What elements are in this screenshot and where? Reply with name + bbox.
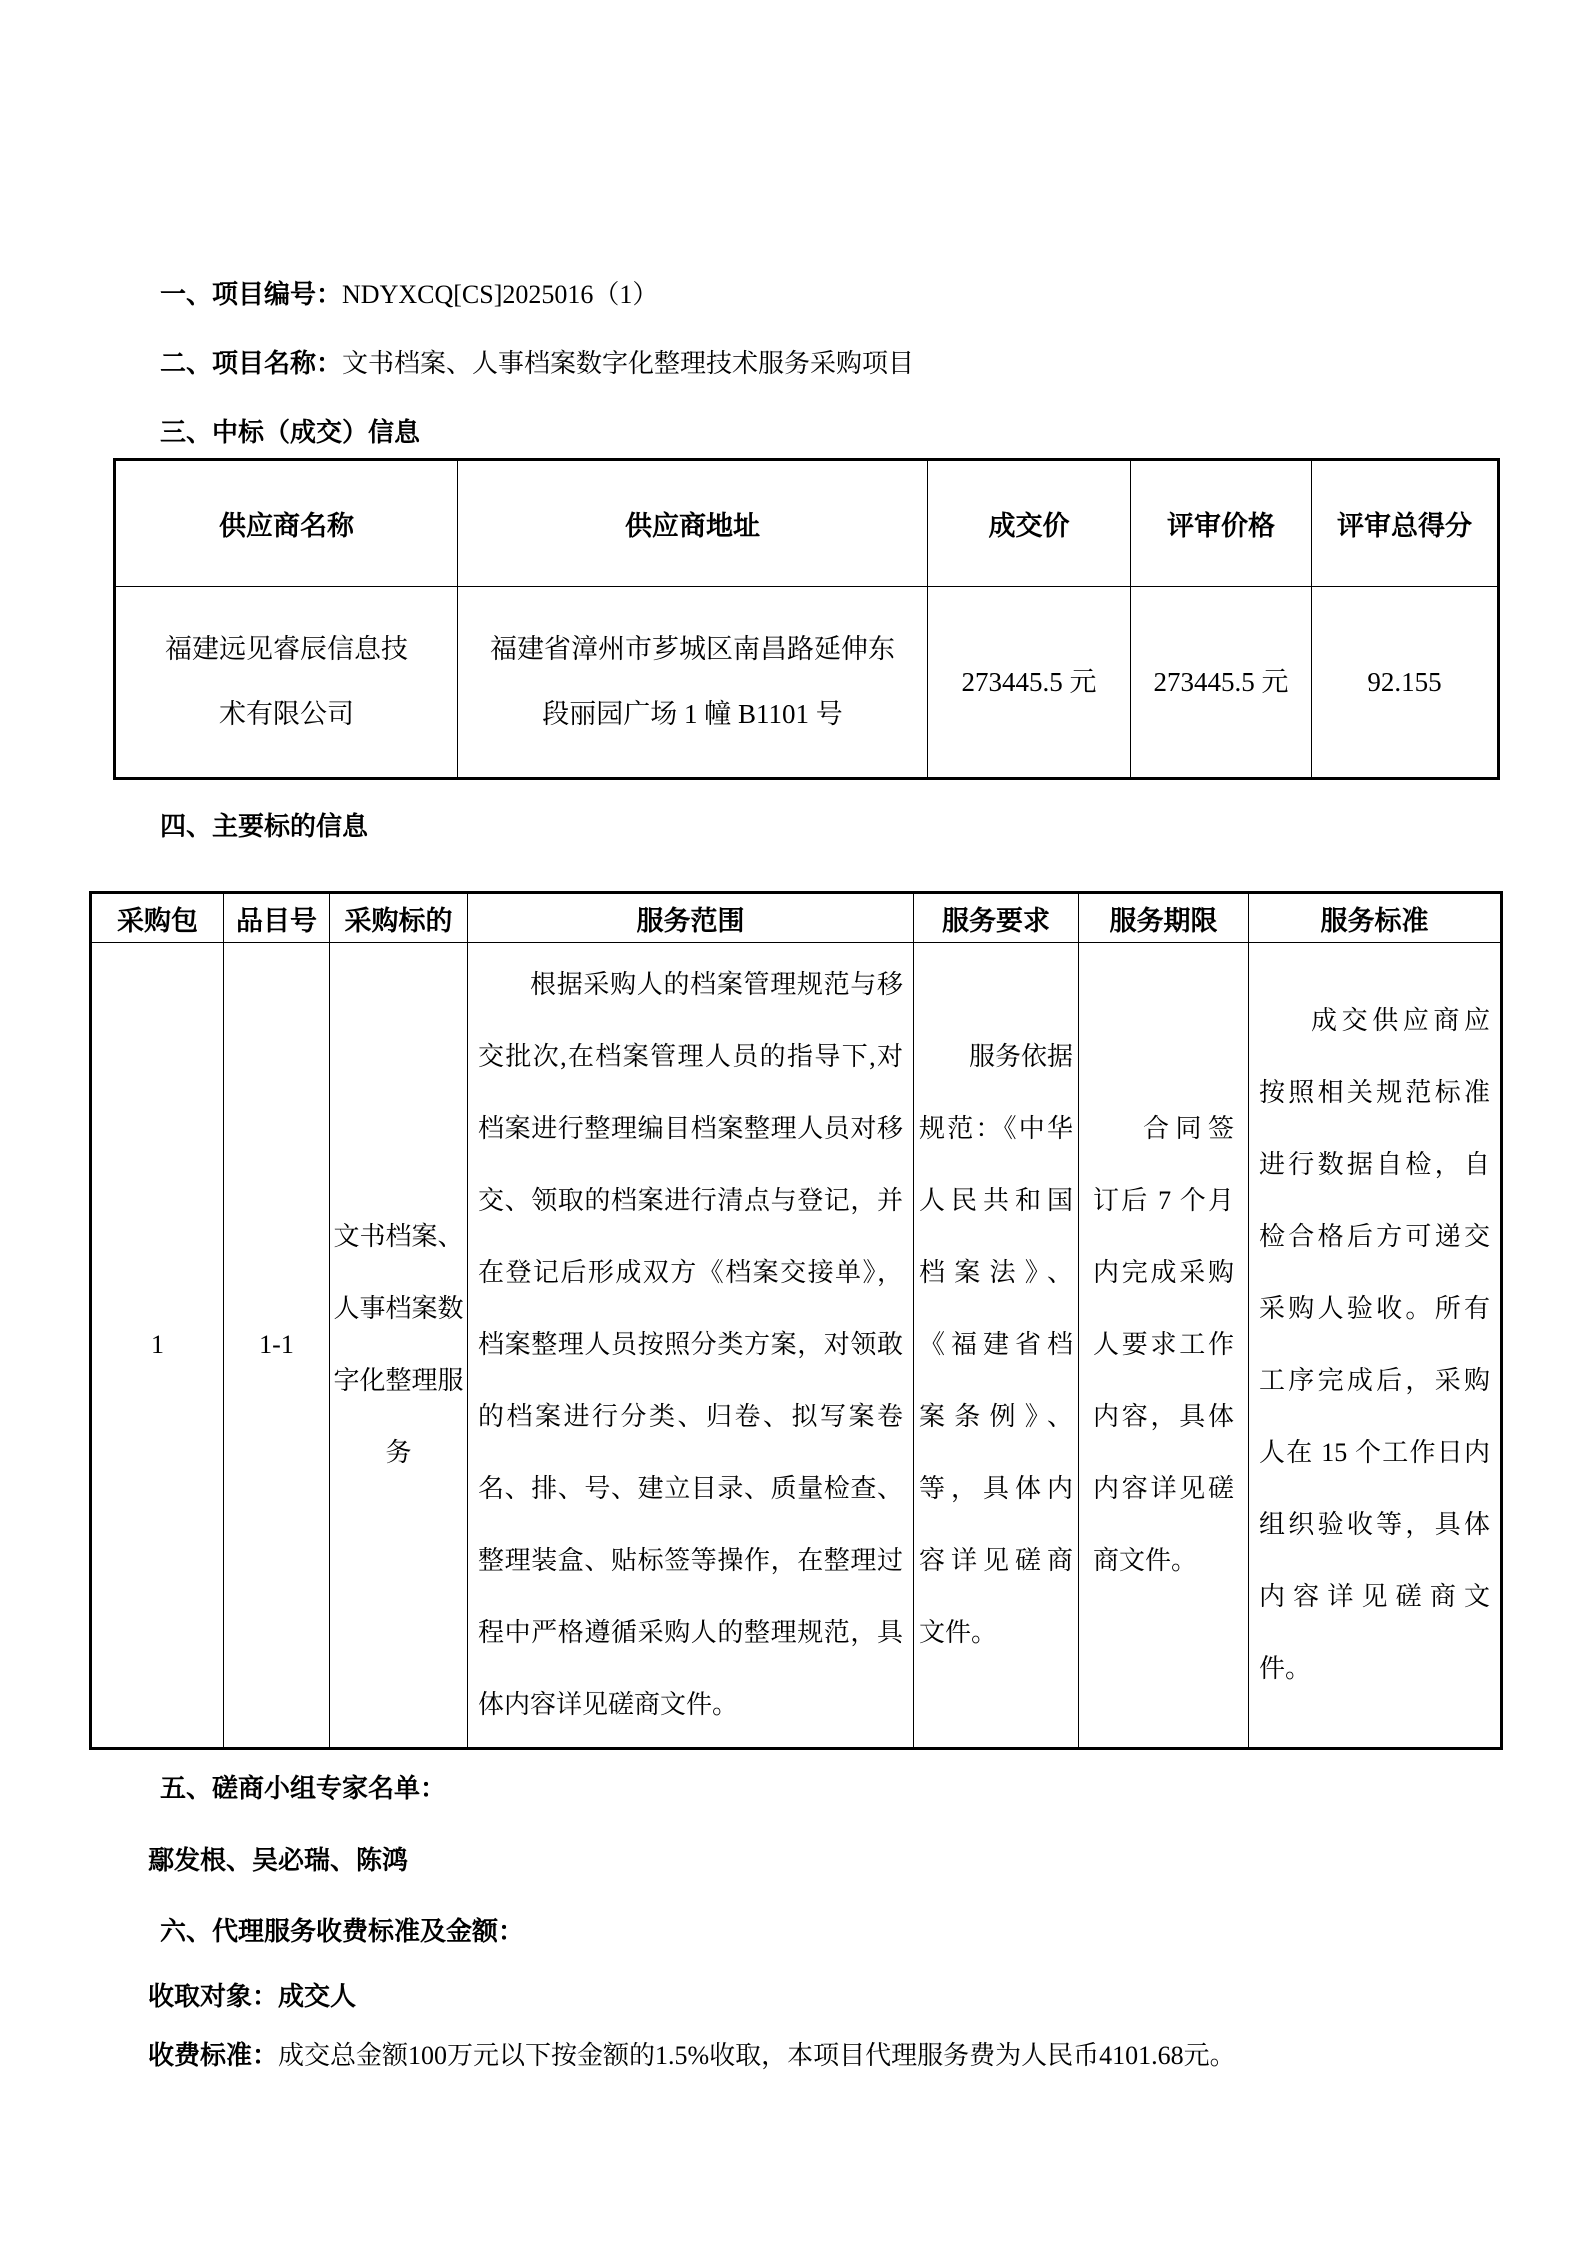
document-page: 一、项目编号：NDYXCQ[CS]2025016（1） 二、项目名称：文书档案、… — [0, 0, 1587, 2245]
subject-col-requirements: 服务要求 — [914, 893, 1079, 943]
document-content: 一、项目编号：NDYXCQ[CS]2025016（1） 二、项目名称：文书档案、… — [0, 0, 1587, 2072]
section-award-title: 三、中标（成交）信息 — [113, 416, 1502, 449]
section-project-name: 二、项目名称：文书档案、人事档案数字化整理技术服务采购项目 — [113, 347, 1502, 380]
service-period-cell: 合同签订后 7 个月内完成采购人要求工作内容，具体内容详见磋商文件。 — [1079, 943, 1249, 1749]
subject-col-scope: 服务范围 — [468, 893, 914, 943]
award-table-header-row: 供应商名称 供应商地址 成交价 评审价格 评审总得分 — [115, 460, 1499, 587]
subject-col-period: 服务期限 — [1079, 893, 1249, 943]
project-number-label: 一、项目编号： — [113, 280, 342, 309]
project-name-value: 文书档案、人事档案数字化整理技术服务采购项目 — [342, 349, 914, 378]
service-requirements-cell: 服务依据规范：《中华人民共和国档案法》、《福建省档案条例》、等，具体内容详见磋商… — [914, 943, 1079, 1749]
service-standard-cell: 成交供应商应按照相关规范标准进行数据自检，自检合格后方可递交采购人验收。所有工序… — [1249, 943, 1502, 1749]
award-col-review-score: 评审总得分 — [1312, 460, 1499, 587]
subject-col-item-no: 品目号 — [224, 893, 330, 943]
fee-target-line: 收取对象：成交人 — [113, 1980, 1502, 2013]
section-agency-fee-title: 六、代理服务收费标准及金额： — [113, 1915, 1502, 1948]
supplier-name-cell: 福建远见睿辰信息技术有限公司 — [115, 587, 458, 779]
section-subject-title: 四、主要标的信息 — [113, 810, 1502, 843]
review-score-cell: 92.155 — [1312, 587, 1499, 779]
subject-col-subject: 采购标的 — [330, 893, 468, 943]
award-table-data-row: 福建远见睿辰信息技术有限公司 福建省漳州市芗城区南昌路延伸东段丽园广场 1 幢 … — [115, 587, 1499, 779]
subject-cell: 文书档案、人事档案数字化整理服务 — [330, 943, 468, 1749]
award-col-review-price: 评审价格 — [1131, 460, 1312, 587]
award-col-supplier-name: 供应商名称 — [115, 460, 458, 587]
review-price-cell: 273445.5 元 — [1131, 587, 1312, 779]
project-name-label: 二、项目名称： — [113, 349, 342, 378]
award-col-supplier-address: 供应商地址 — [458, 460, 928, 587]
package-cell: 1 — [91, 943, 224, 1749]
supplier-address-cell: 福建省漳州市芗城区南昌路延伸东段丽园广场 1 幢 B1101 号 — [458, 587, 928, 779]
fee-target-value: 成交人 — [278, 1982, 356, 2011]
deal-price-cell: 273445.5 元 — [928, 587, 1131, 779]
subject-col-standard: 服务标准 — [1249, 893, 1502, 943]
subject-info-table: 采购包 品目号 采购标的 服务范围 服务要求 服务期限 服务标准 1 1-1 文… — [89, 891, 1503, 1750]
fee-standard-value: 成交总金额100万元以下按金额的1.5%收取，本项目代理服务费为人民币4101.… — [278, 2041, 1236, 2070]
section-experts-title: 五、磋商小组专家名单： — [113, 1772, 1502, 1805]
subject-col-package: 采购包 — [91, 893, 224, 943]
subject-table-data-row: 1 1-1 文书档案、人事档案数字化整理服务 根据采购人的档案管理规范与移交批次… — [91, 943, 1502, 1749]
experts-names: 鄢发根、吴必瑞、陈鸿 — [113, 1844, 1502, 1877]
fee-standard-line: 收费标准：成交总金额100万元以下按金额的1.5%收取，本项目代理服务费为人民币… — [113, 2039, 1502, 2072]
fee-standard-label: 收费标准： — [148, 2041, 278, 2070]
section-project-number: 一、项目编号：NDYXCQ[CS]2025016（1） — [113, 278, 1502, 311]
subject-table-header-row: 采购包 品目号 采购标的 服务范围 服务要求 服务期限 服务标准 — [91, 893, 1502, 943]
fee-target-label: 收取对象： — [148, 1982, 278, 2011]
award-info-table: 供应商名称 供应商地址 成交价 评审价格 评审总得分 福建远见睿辰信息技术有限公… — [113, 458, 1500, 780]
item-no-cell: 1-1 — [224, 943, 330, 1749]
service-scope-cell: 根据采购人的档案管理规范与移交批次,在档案管理人员的指导下,对档案进行整理编目档… — [468, 943, 914, 1749]
project-number-value: NDYXCQ[CS]2025016（1） — [342, 280, 658, 309]
award-col-deal-price: 成交价 — [928, 460, 1131, 587]
